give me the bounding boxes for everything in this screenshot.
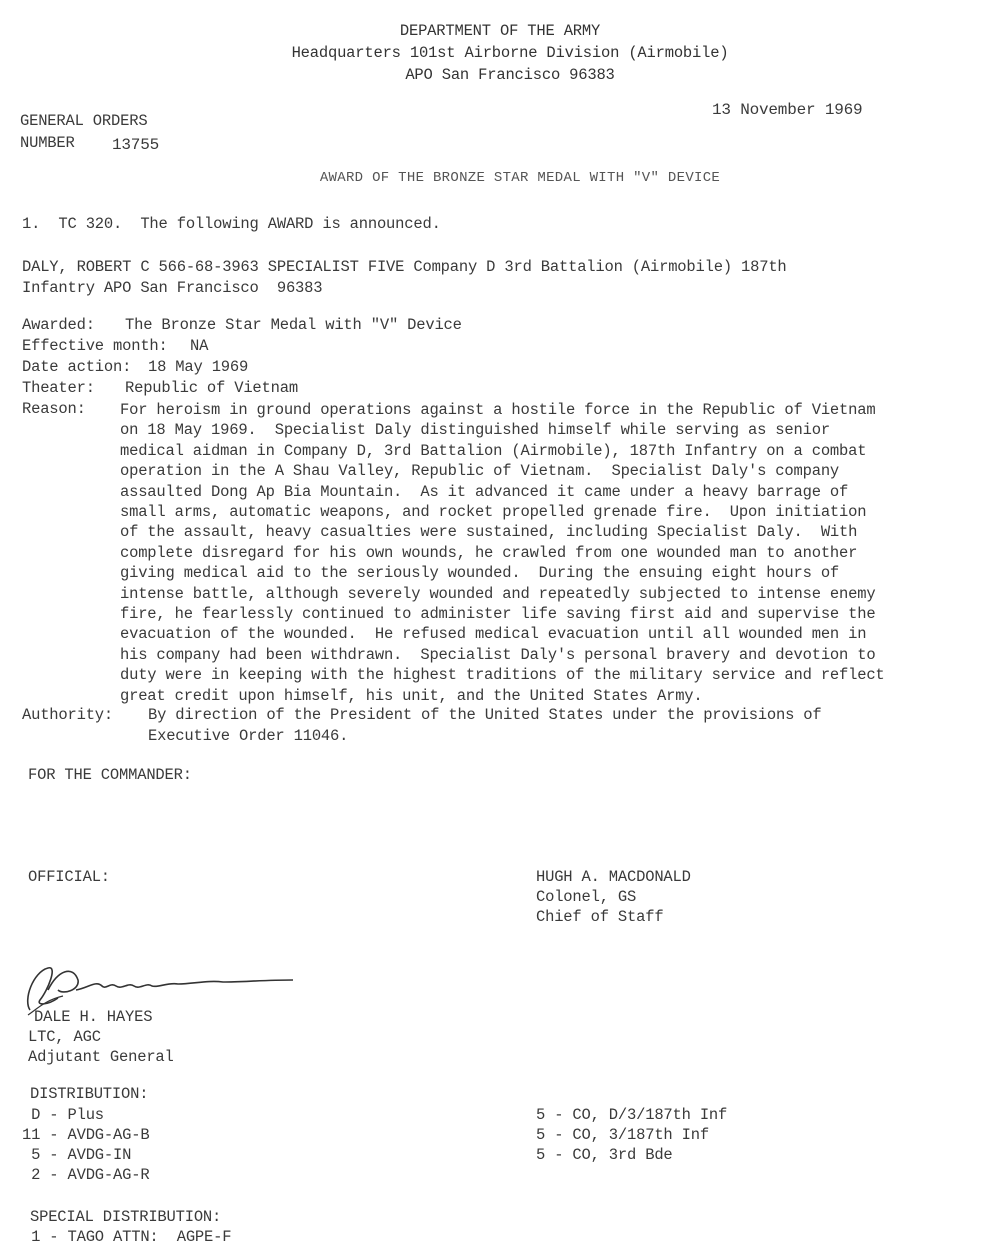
theater-label: Theater:: [22, 379, 95, 397]
authority-label: Authority:: [22, 706, 113, 724]
authority-line-2: Executive Order 11046.: [148, 727, 348, 745]
distribution-item: 2 - AVDG-AG-R: [22, 1166, 149, 1184]
reason-line: duty were in keeping with the highest tr…: [120, 665, 980, 685]
for-the-commander: FOR THE COMMANDER:: [28, 766, 192, 784]
reason-line: of the assault, heavy casualties were su…: [120, 522, 980, 542]
effective-month-value: NA: [190, 337, 208, 355]
date-action-label: Date action:: [22, 358, 131, 376]
distribution-item: 11 - AVDG-AG-B: [22, 1126, 149, 1144]
date-action-value: 18 May 1969: [148, 358, 248, 376]
headquarters-name: Headquarters 101st Airborne Division (Ai…: [20, 42, 1000, 64]
awarded-value: The Bronze Star Medal with "V" Device: [125, 316, 462, 334]
recipient-line-1: DALY, ROBERT C 566-68-3963 SPECIALIST FI…: [22, 257, 787, 277]
order-number-label: NUMBER: [20, 134, 75, 152]
reason-line: medical aidman in Company D, 3rd Battali…: [120, 441, 980, 461]
award-title: AWARD OF THE BRONZE STAR MEDAL WITH "V" …: [0, 170, 1000, 186]
chief-of-staff-name: HUGH A. MACDONALD: [536, 868, 691, 886]
reason-line: intense battle, although severely wounde…: [120, 584, 980, 604]
awarded-label: Awarded:: [22, 316, 95, 334]
adjutant-name: DALE H. HAYES: [34, 1008, 152, 1026]
special-distribution-item: 1 - TAGO ATTN: AGPE-F: [22, 1228, 231, 1246]
distribution-item: 5 - AVDG-IN: [22, 1146, 131, 1164]
official-label: OFFICIAL:: [28, 868, 110, 886]
reason-line: For heroism in ground operations against…: [120, 400, 980, 420]
order-date: 13 November 1969: [712, 101, 862, 119]
reason-line: complete disregard for his own wounds, h…: [120, 543, 980, 563]
general-orders-label: GENERAL ORDERS: [20, 112, 147, 130]
reason-line: assaulted Dong Ap Bia Mountain. As it ad…: [120, 482, 980, 502]
reason-label: Reason:: [22, 400, 86, 418]
chief-of-staff-title: Chief of Staff: [536, 908, 663, 926]
adjutant-rank: LTC, AGC: [28, 1028, 101, 1046]
distribution-label: DISTRIBUTION:: [30, 1085, 148, 1103]
distribution-item: 5 - CO, 3/187th Inf: [536, 1126, 709, 1144]
reason-line: his company had been withdrawn. Speciali…: [120, 645, 980, 665]
order-number: 13755: [112, 136, 159, 154]
effective-month-label: Effective month:: [22, 337, 168, 355]
distribution-item: 5 - CO, 3rd Bde: [536, 1146, 673, 1164]
recipient-line-2: Infantry APO San Francisco 96383: [22, 278, 322, 298]
apo-address: APO San Francisco 96383: [20, 64, 1000, 86]
reason-line: great credit upon himself, his unit, and…: [120, 686, 980, 706]
reason-line: evacuation of the wounded. He refused me…: [120, 624, 980, 644]
paragraph-announcement: 1. TC 320. The following AWARD is announ…: [22, 215, 441, 233]
reason-line: small arms, automatic weapons, and rocke…: [120, 502, 980, 522]
chief-of-staff-rank: Colonel, GS: [536, 888, 636, 906]
reason-line: giving medical aid to the seriously woun…: [120, 563, 980, 583]
authority-line-1: By direction of the President of the Uni…: [148, 706, 822, 724]
theater-value: Republic of Vietnam: [125, 379, 298, 397]
department-name: DEPARTMENT OF THE ARMY: [0, 20, 1000, 42]
reason-line: operation in the A Shau Valley, Republic…: [120, 461, 980, 481]
reason-line: fire, he fearlessly continued to adminis…: [120, 604, 980, 624]
reason-text: For heroism in ground operations against…: [120, 400, 980, 706]
distribution-item: D - Plus: [22, 1106, 104, 1124]
reason-line: on 18 May 1969. Specialist Daly distingu…: [120, 420, 980, 440]
letterhead: DEPARTMENT OF THE ARMY Headquarters 101s…: [0, 20, 1000, 86]
adjutant-title: Adjutant General: [28, 1048, 174, 1066]
special-distribution-label: SPECIAL DISTRIBUTION:: [30, 1208, 221, 1226]
distribution-item: 5 - CO, D/3/187th Inf: [536, 1106, 727, 1124]
